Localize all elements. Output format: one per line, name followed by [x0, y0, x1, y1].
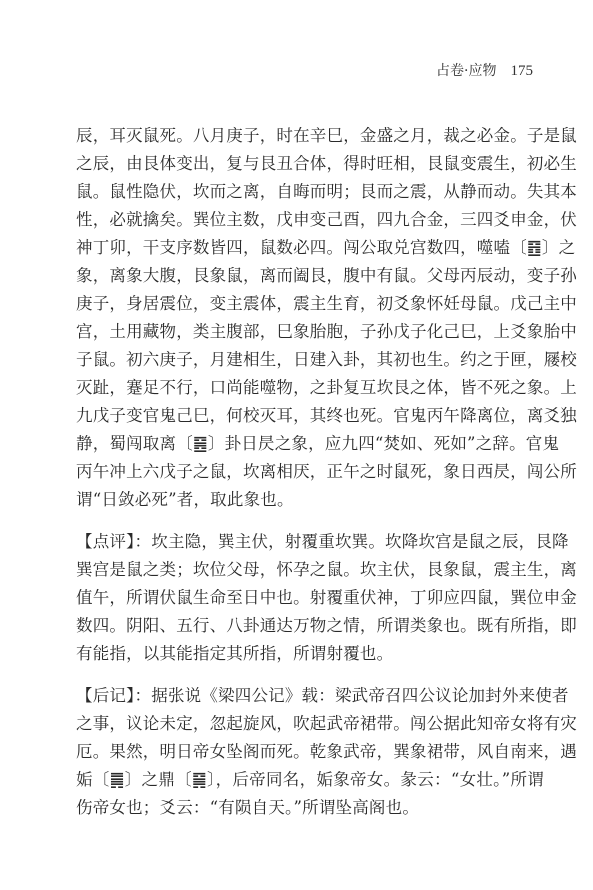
section-title: 占卷·应物 — [436, 60, 496, 80]
text-line: 之事，议论未定，忽起旋风，吹起武帝裙带。闯公据此知帝女将有灾 — [76, 710, 544, 738]
text-line: 【点评】：坎主隐，巽主伏，射覆重坎巽。坎降坎宫是鼠之辰，艮降 — [76, 528, 544, 556]
paragraph-main: 辰，耳灭鼠死。八月庚子，时在辛巳，金盛之月，裁之必金。子是鼠 之辰，由艮体变出，… — [76, 122, 544, 514]
text-line: 辰，耳灭鼠死。八月庚子，时在辛巳，金盛之月，裁之必金。子是鼠 — [76, 122, 544, 150]
text-line: 伤帝女也；爻云：“有陨自天。”所谓坠高阁也。 — [76, 794, 544, 822]
text-line: 宫，土用藏物，类主腹部，巳象胎胞，子孙戊子化己巳，上爻象胎中 — [76, 318, 544, 346]
text-line: 子鼠。初六庚子，月建相生，日建入卦，其初也生。约之于匣，屦校 — [76, 346, 544, 374]
paragraph-commentary: 【点评】：坎主隐，巽主伏，射覆重坎巽。坎降坎宫是鼠之辰，艮降 巽宫是鼠之类；坎位… — [76, 528, 544, 668]
page-number: 175 — [511, 63, 534, 80]
text-line: 丙午冲上六戊子之鼠，坎离相厌，正午之时鼠死，象日西昃，闯公所 — [76, 458, 544, 486]
text-line: 神丁卯，干支序数皆四，鼠数必四。闯公取兑宫数四，噬嗑〔䷔〕之 — [76, 234, 544, 262]
text-line: 值午，所谓伏鼠生命至日中也。射覆重伏神，丁卯应四鼠，巽位申金 — [76, 584, 544, 612]
text-line: 有能指，以其能指定其所指，所谓射覆也。 — [76, 640, 544, 668]
text-line: 静，蜀闯取离〔䷝〕卦日昃之象，应九四“焚如、死如”之辞。官鬼 — [76, 430, 544, 458]
text-line: 数四。阴阳、五行、八卦通达万物之情，所谓类象也。既有所指，即 — [76, 612, 544, 640]
text-line: 鼠。鼠性隐伏，坎而之离，自晦而明；艮而之震，从静而动。失其本 — [76, 178, 544, 206]
text-line: 象，离象大腹，艮象鼠，离而阖艮，腹中有鼠。父母丙辰动，变子孙 — [76, 262, 544, 290]
text-line: 灭趾，蹇足不行，口尚能噬物，之卦复互坎艮之体，皆不死之象。上 — [76, 374, 544, 402]
text-line: 姤〔䷫〕之鼎〔䷱〕，后帝同名，姤象帝女。彖云：“女壮。”所谓 — [76, 766, 544, 794]
text-line: 巽宫是鼠之类；坎位父母，怀孕之鼠。坎主伏，艮象鼠，震主生，离 — [76, 556, 544, 584]
paragraph-postscript: 【后记】：据张说《梁四公记》载：梁武帝召四公议论加封外来使者 之事，议论未定，忽… — [76, 682, 544, 822]
text-line: 谓“日敛必死”者，取此象也。 — [76, 486, 544, 514]
text-line: 之辰，由艮体变出，复与艮丑合体，得时旺相，艮鼠变震生，初必生 — [76, 150, 544, 178]
text-line: 庚子，身居震位，变主震体，震主生育，初爻象怀妊母鼠。戊己主中 — [76, 290, 544, 318]
text-line: 九戊子变官鬼己巳，何校灭耳，其终也死。官鬼丙午降离位，离爻独 — [76, 402, 544, 430]
text-line: 【后记】：据张说《梁四公记》载：梁武帝召四公议论加封外来使者 — [76, 682, 544, 710]
running-header: 占卷·应物 175 — [436, 60, 533, 80]
page-body: 辰，耳灭鼠死。八月庚子，时在辛巳，金盛之月，裁之必金。子是鼠 之辰，由艮体变出，… — [76, 122, 544, 836]
text-line: 厄。果然，明日帝女坠阁而死。乾象武帝，巽象裙带，风自南来，遇 — [76, 738, 544, 766]
text-line: 性，必就擒矣。巽位主数，戊申变己酉，四九合金，三四爻申金，伏 — [76, 206, 544, 234]
